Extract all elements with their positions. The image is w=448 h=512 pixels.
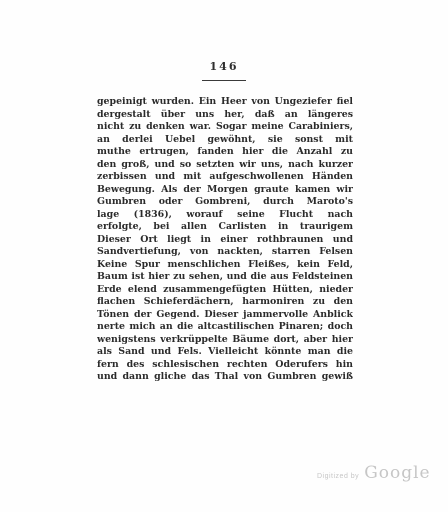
text-line: dergestalt über uns her, daß an längeres… [97, 109, 353, 122]
text-line: Sandvertiefung, von nackten, starren Fel… [97, 246, 353, 259]
text-line: Dieser Ort liegt in einer rothbraunen un… [97, 234, 353, 247]
text-line: fern des schlesischen rechten Oderufers … [97, 359, 353, 372]
book-page-scan: 146 gepeinigt wurden. Ein Heer von Ungez… [0, 0, 448, 512]
text-line: als Sand und Fels. Vielleicht könnte man… [97, 346, 353, 359]
text-line: an derlei Uebel gewöhnt, sie sonst mit s… [97, 134, 353, 147]
text-line: Tönen der Gegend. Dieser jammervolle Anb… [97, 309, 353, 322]
text-line: Bewegung. Als der Morgen graute kamen wi… [97, 184, 353, 197]
text-line: flachen Schieferdächern, harmoniren zu d… [97, 296, 353, 309]
text-line: und dann gliche das Thal von Gumbren gew… [97, 371, 353, 384]
text-line: Erde elend zusammengefügten Hütten, nied… [97, 284, 353, 297]
text-line: Gumbren oder Gombreni, durch Maroto's Ni… [97, 196, 353, 209]
text-line: den groß, und so setzten wir uns, nach k… [97, 159, 353, 172]
text-line: gepeinigt wurden. Ein Heer von Ungeziefe… [97, 96, 353, 109]
text-line: erfolgte, bei allen Carlisten in traurig… [97, 221, 353, 234]
text-line: nicht zu denken war. Sogar meine Carabin… [97, 121, 353, 134]
text-line: Baum ist hier zu sehen, und die aus Feld… [97, 271, 353, 284]
text-line: nerte mich an die altcastilischen Pinare… [97, 321, 353, 334]
text-line: muthe ertrugen, fanden hier die Anzahl z… [97, 146, 353, 159]
text-line: Keine Spur menschlichen Fleißes, kein Fe… [97, 259, 353, 272]
header-rule [202, 80, 246, 81]
body-text: gepeinigt wurden. Ein Heer von Ungeziefe… [97, 96, 353, 384]
google-logo: Google [364, 463, 430, 483]
text-line: wenigstens verkrüppelte Bäume dort, aber… [97, 334, 353, 347]
page-number: 146 [0, 60, 448, 73]
watermark-prefix: Digitized by [317, 473, 359, 480]
text-line: lage (1836), worauf seine Flucht nach Fr… [97, 209, 353, 222]
watermark: Digitized by Google [317, 463, 431, 483]
text-line: zerbissen und mit aufgeschwollenen Hände… [97, 171, 353, 184]
